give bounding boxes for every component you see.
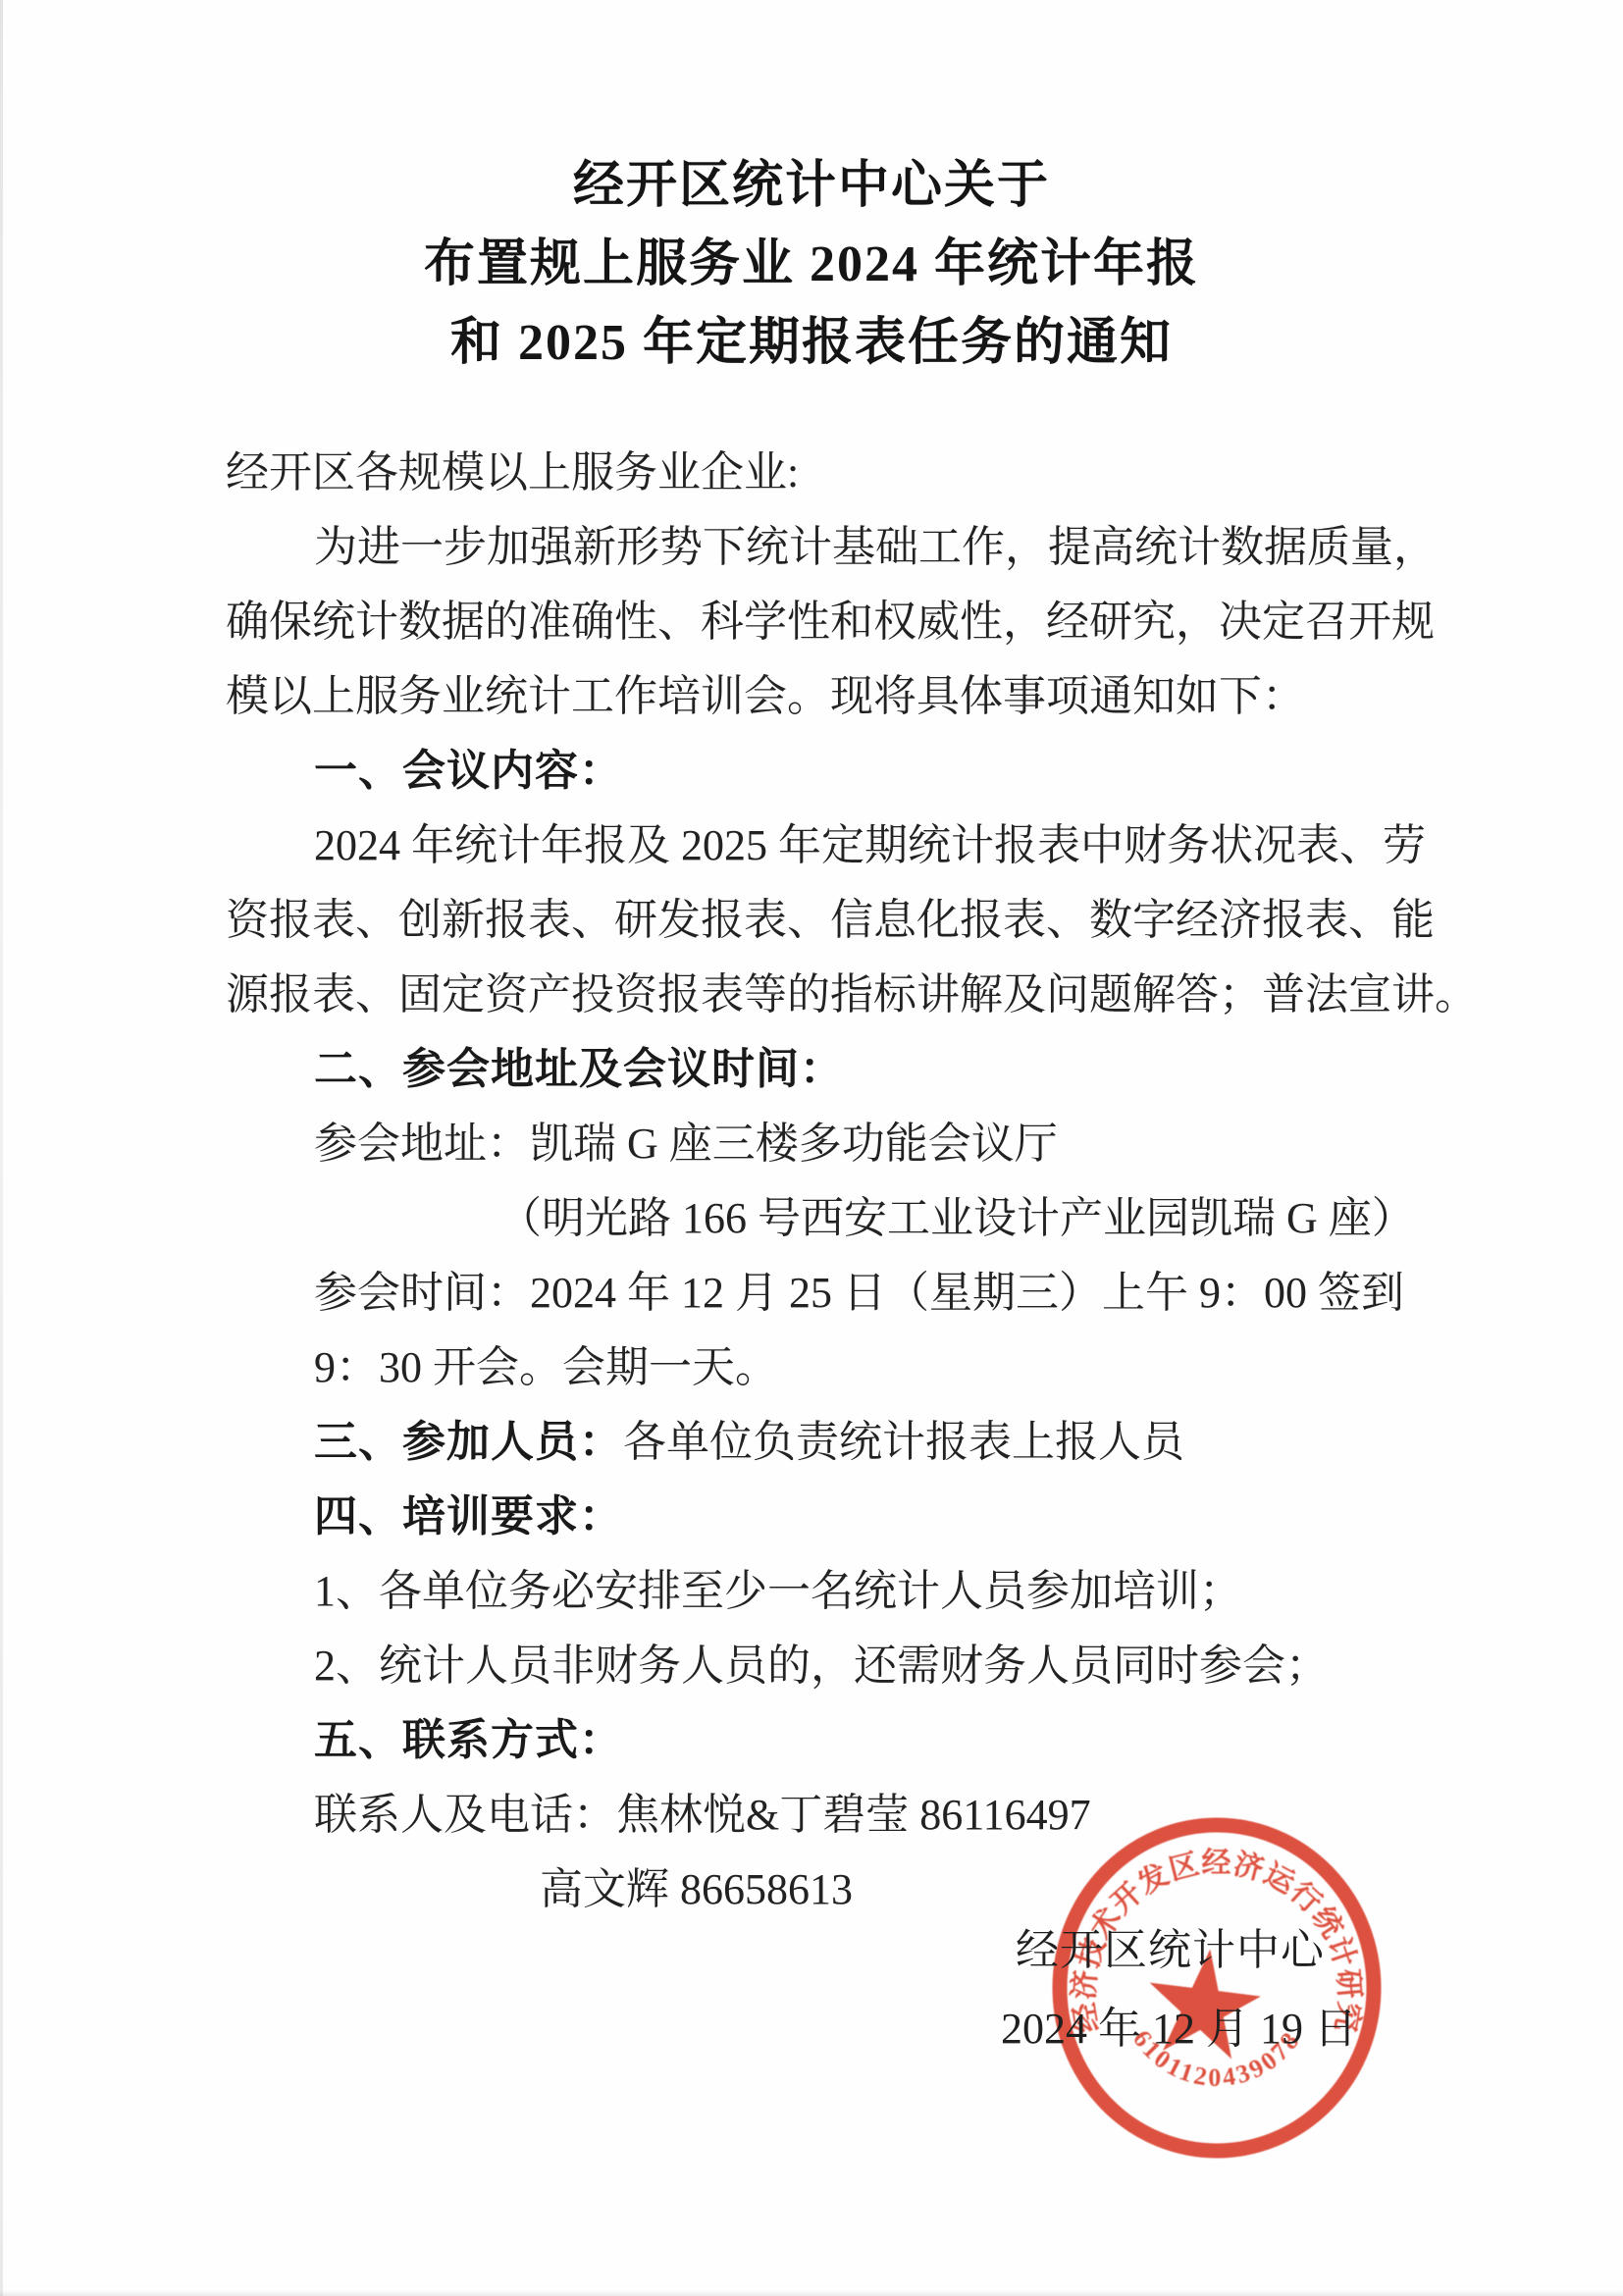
body-text: （明光路 166 号西安工业设计产业园凯瑞 G 座） <box>498 1194 1415 1242</box>
official-seal: 西安经济技术开发区经济运行统计研究中心 6101120439078 <box>1046 1811 1387 2165</box>
body-line: 三、参加人员：各单位负责统计报表上报人员 <box>226 1405 1492 1480</box>
body-text: 2024 年统计年报及 2025 年定期统计报表中财务状况表、劳 <box>314 821 1426 869</box>
title-line-2: 布置规上服务业 2024 年统计年报 <box>0 226 1623 304</box>
body-text: 模以上服务业统计工作培训会。现将具体事项通知如下： <box>226 672 1305 720</box>
body-text: 各单位负责统计报表上报人员 <box>623 1418 1184 1466</box>
body-line: 参会地址：凯瑞 G 座三楼多功能会议厅 <box>226 1107 1492 1181</box>
body-text: 经开区各规模以上服务业企业: <box>226 448 799 496</box>
title-line-1: 经开区统计中心关于 <box>0 147 1623 226</box>
body-line: 五、联系方式： <box>226 1703 1492 1778</box>
body-text: 为进一步加强新形势下统计基础工作，提高统计数据质量， <box>314 523 1437 571</box>
section-header-text: 三、参加人员： <box>314 1418 623 1466</box>
body-line: 模以上服务业统计工作培训会。现将具体事项通知如下： <box>226 659 1492 734</box>
body-text: 参会时间：2024 年 12 月 25 日（星期三）上午 9：00 签到 <box>314 1269 1404 1317</box>
body-line: 1、各单位务必安排至少一名统计人员参加培训； <box>226 1554 1492 1629</box>
scan-shadow-artifact <box>0 2290 1623 2296</box>
signature-org: 经开区统计中心 <box>1016 1925 1325 1976</box>
body-line: 源报表、固定资产投资报表等的指标讲解及问题解答；普法宣讲。 <box>226 958 1492 1032</box>
body-text: 确保统计数据的准确性、科学性和权威性，经研究，决定召开规 <box>226 598 1435 646</box>
section-header-text: 一、会议内容： <box>314 747 623 795</box>
body-text: 1、各单位务必安排至少一名统计人员参加培训； <box>314 1567 1242 1615</box>
body-line: 2、统计人员非财务人员的，还需财务人员同时参会； <box>226 1629 1492 1703</box>
body-text: 高文辉 86658613 <box>540 1865 853 1913</box>
body-line: 参会时间：2024 年 12 月 25 日（星期三）上午 9：00 签到 <box>226 1256 1492 1331</box>
section-header-text: 五、联系方式： <box>314 1716 623 1764</box>
section-header-text: 二、参会地址及会议时间： <box>314 1045 844 1093</box>
body-line: 2024 年统计年报及 2025 年定期统计报表中财务状况表、劳 <box>226 809 1492 883</box>
body-text: 源报表、固定资产投资报表等的指标讲解及问题解答；普法宣讲。 <box>226 970 1478 1018</box>
body-text: 参会地址：凯瑞 G 座三楼多功能会议厅 <box>314 1120 1058 1168</box>
body-line: 为进一步加强新形势下统计基础工作，提高统计数据质量， <box>226 510 1492 585</box>
notice-title: 经开区统计中心关于 布置规上服务业 2024 年统计年报 和 2025 年定期报… <box>0 147 1623 383</box>
title-line-3: 和 2025 年定期报表任务的通知 <box>0 304 1623 383</box>
official-seal-graphic: 西安经济技术开发区经济运行统计研究中心 6101120439078 <box>1046 1811 1387 2165</box>
body-line: 资报表、创新报表、研发报表、信息化报表、数字经济报表、能 <box>226 883 1492 958</box>
signature-date: 2024 年 12 月 19 日 <box>1001 2004 1357 2055</box>
body-line: 二、参会地址及会议时间： <box>226 1032 1492 1107</box>
body-line: 确保统计数据的准确性、科学性和权威性，经研究，决定召开规 <box>226 585 1492 659</box>
body-line: 经开区各规模以上服务业企业: <box>226 436 1492 510</box>
body-line: （明光路 166 号西安工业设计产业园凯瑞 G 座） <box>226 1181 1492 1256</box>
body-text: 联系人及电话：焦林悦&丁碧莹 86116497 <box>314 1791 1091 1839</box>
body-line: 9：30 开会。会期一天。 <box>226 1331 1492 1405</box>
notice-body: 经开区各规模以上服务业企业:为进一步加强新形势下统计基础工作，提高统计数据质量，… <box>226 436 1492 1927</box>
document-page: 经开区统计中心关于 布置规上服务业 2024 年统计年报 和 2025 年定期报… <box>0 0 1623 2296</box>
body-line: 一、会议内容： <box>226 734 1492 809</box>
body-text: 9：30 开会。会期一天。 <box>314 1343 778 1391</box>
body-text: 资报表、创新报表、研发报表、信息化报表、数字经济报表、能 <box>226 896 1435 944</box>
section-header-text: 四、培训要求： <box>314 1492 623 1540</box>
body-line: 四、培训要求： <box>226 1480 1492 1554</box>
body-text: 2、统计人员非财务人员的，还需财务人员同时参会； <box>314 1642 1329 1690</box>
